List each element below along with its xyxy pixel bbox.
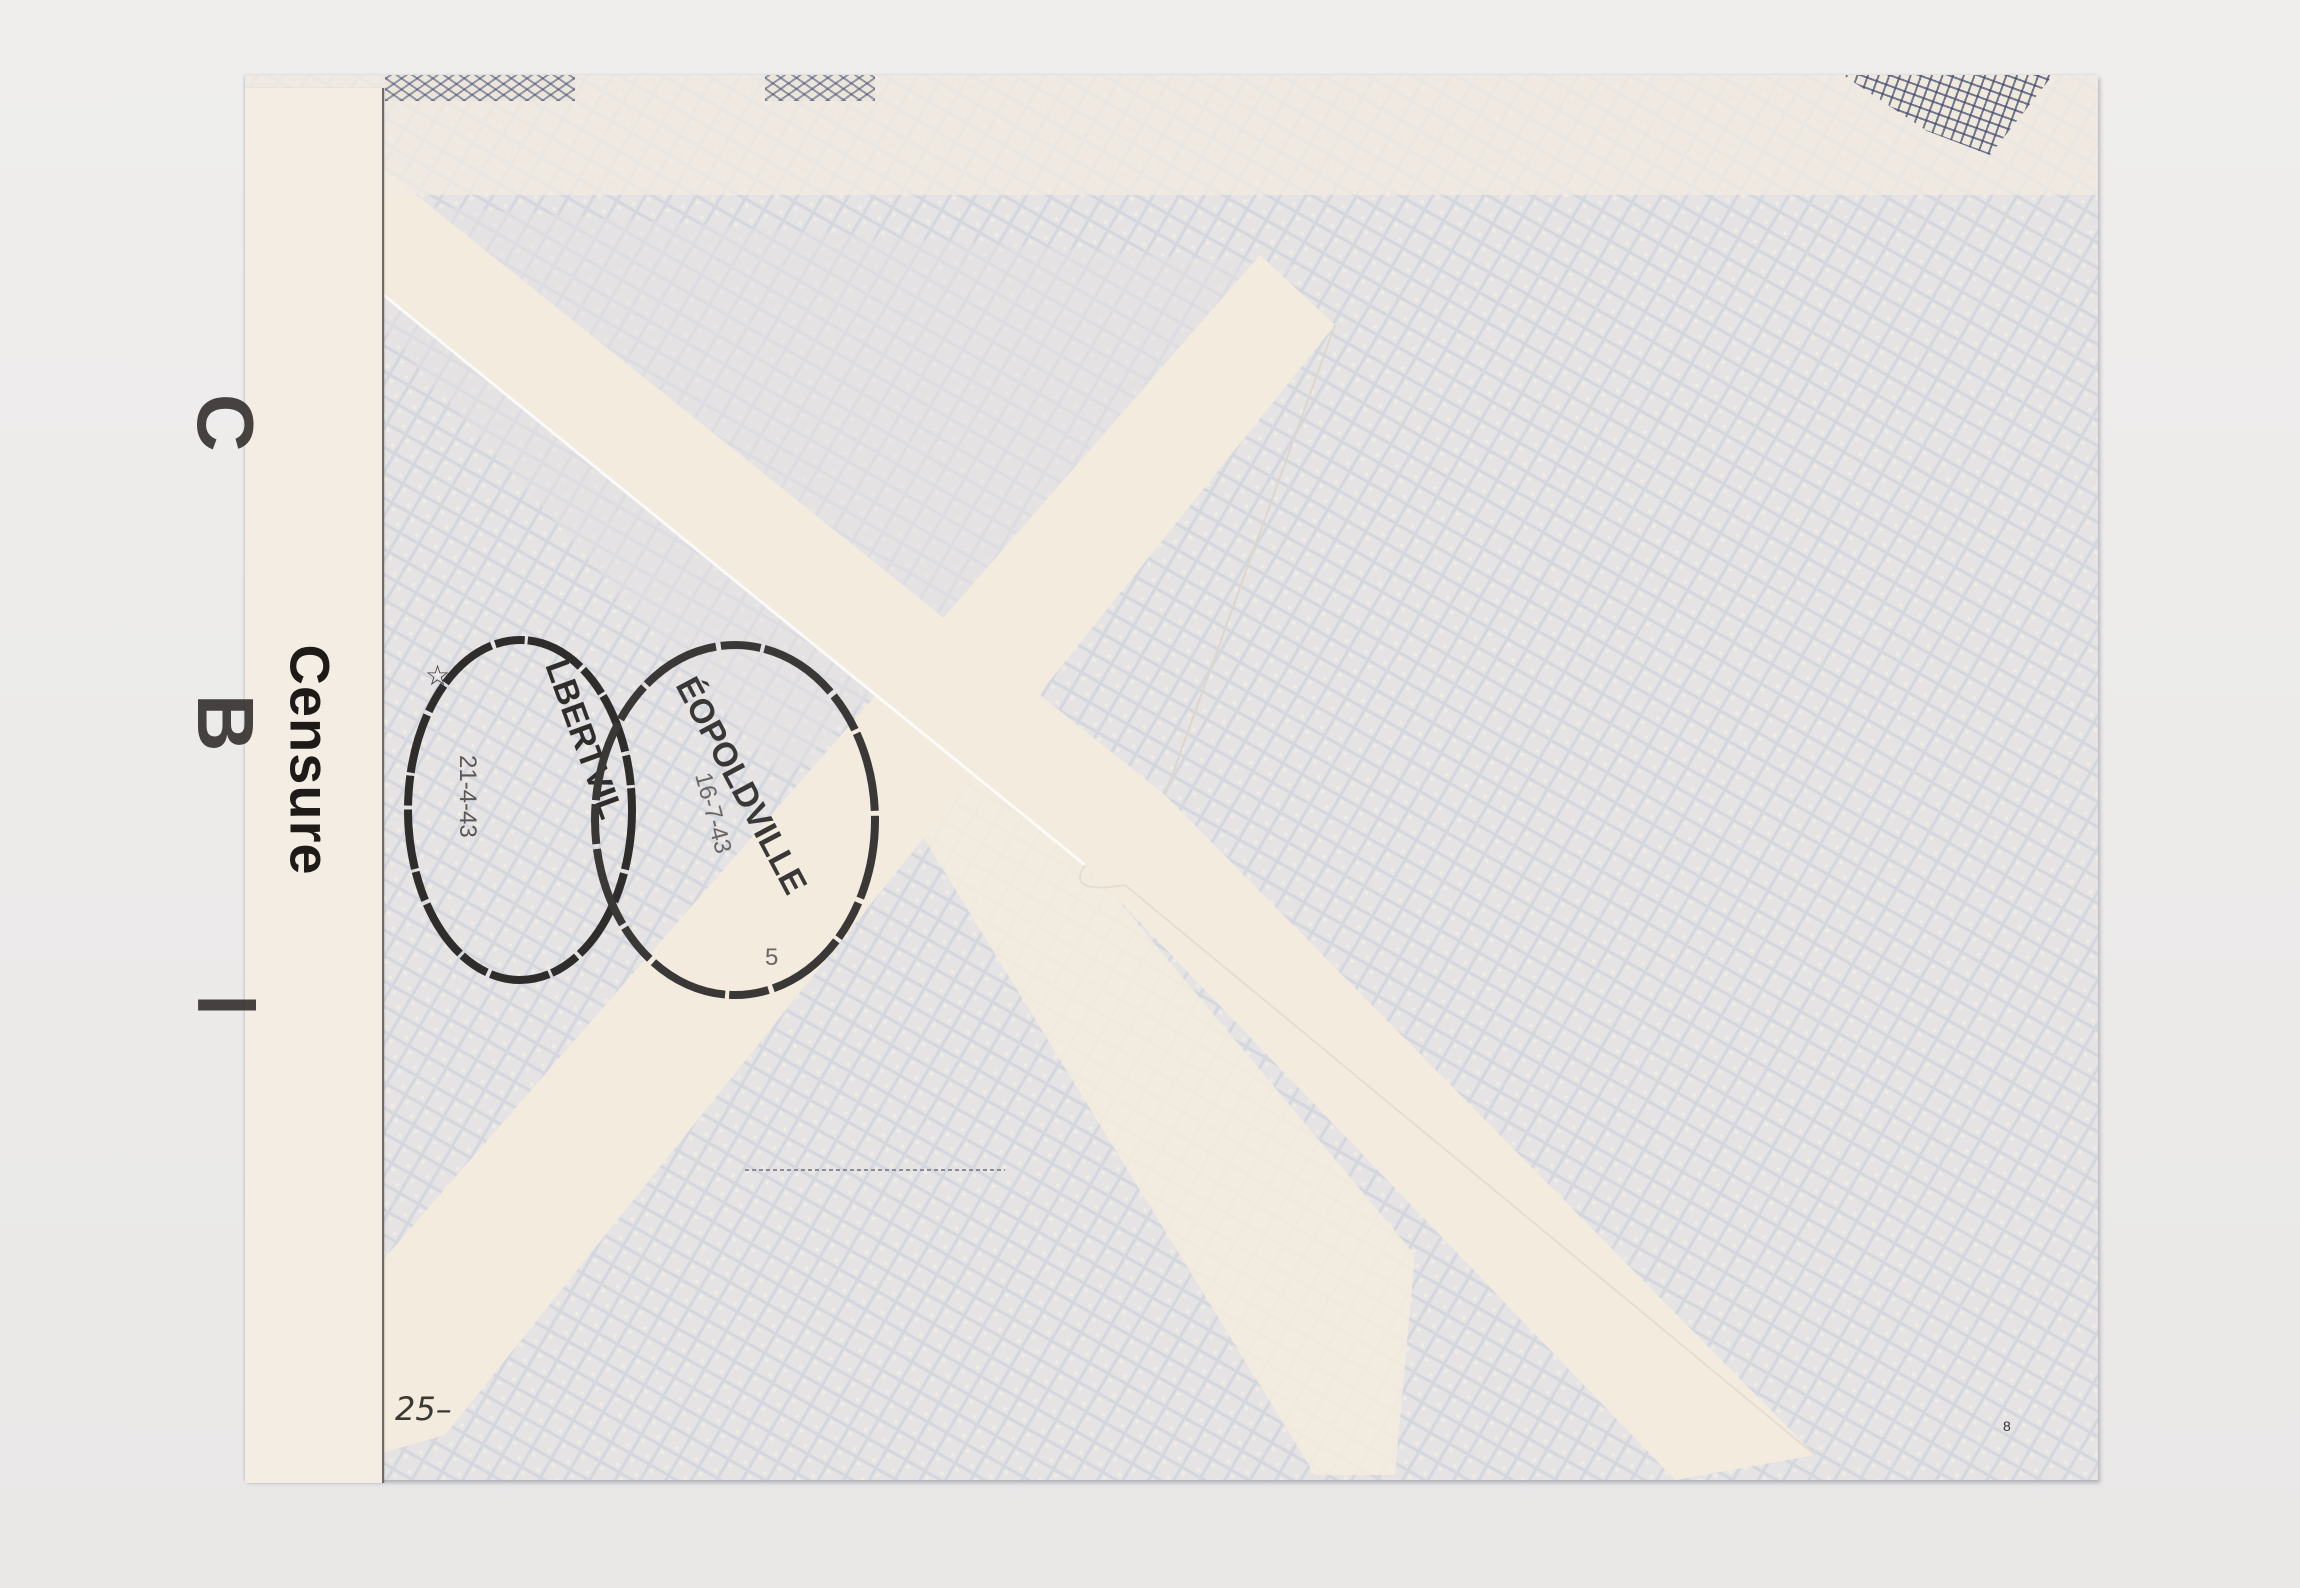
svg-text:21-4-43: 21-4-43 [454, 755, 481, 838]
svg-text:5: 5 [765, 944, 778, 971]
handwritten-price-note: 25– [395, 1390, 452, 1428]
censor-label: Censure [278, 644, 343, 875]
svg-text:ÉOPOLDVILLE: ÉOPOLDVILLE [668, 671, 814, 901]
leopoldville-postmark: ÉOPOLDVILLE 16-7-43 5 [585, 635, 905, 1015]
censor-strip-faint-text: C B l [179, 394, 271, 1126]
liner-pattern [765, 75, 875, 101]
svg-text:☆: ☆ [425, 660, 450, 691]
corner-mark: 8 [2003, 1418, 2011, 1434]
liner-pattern [385, 75, 575, 101]
